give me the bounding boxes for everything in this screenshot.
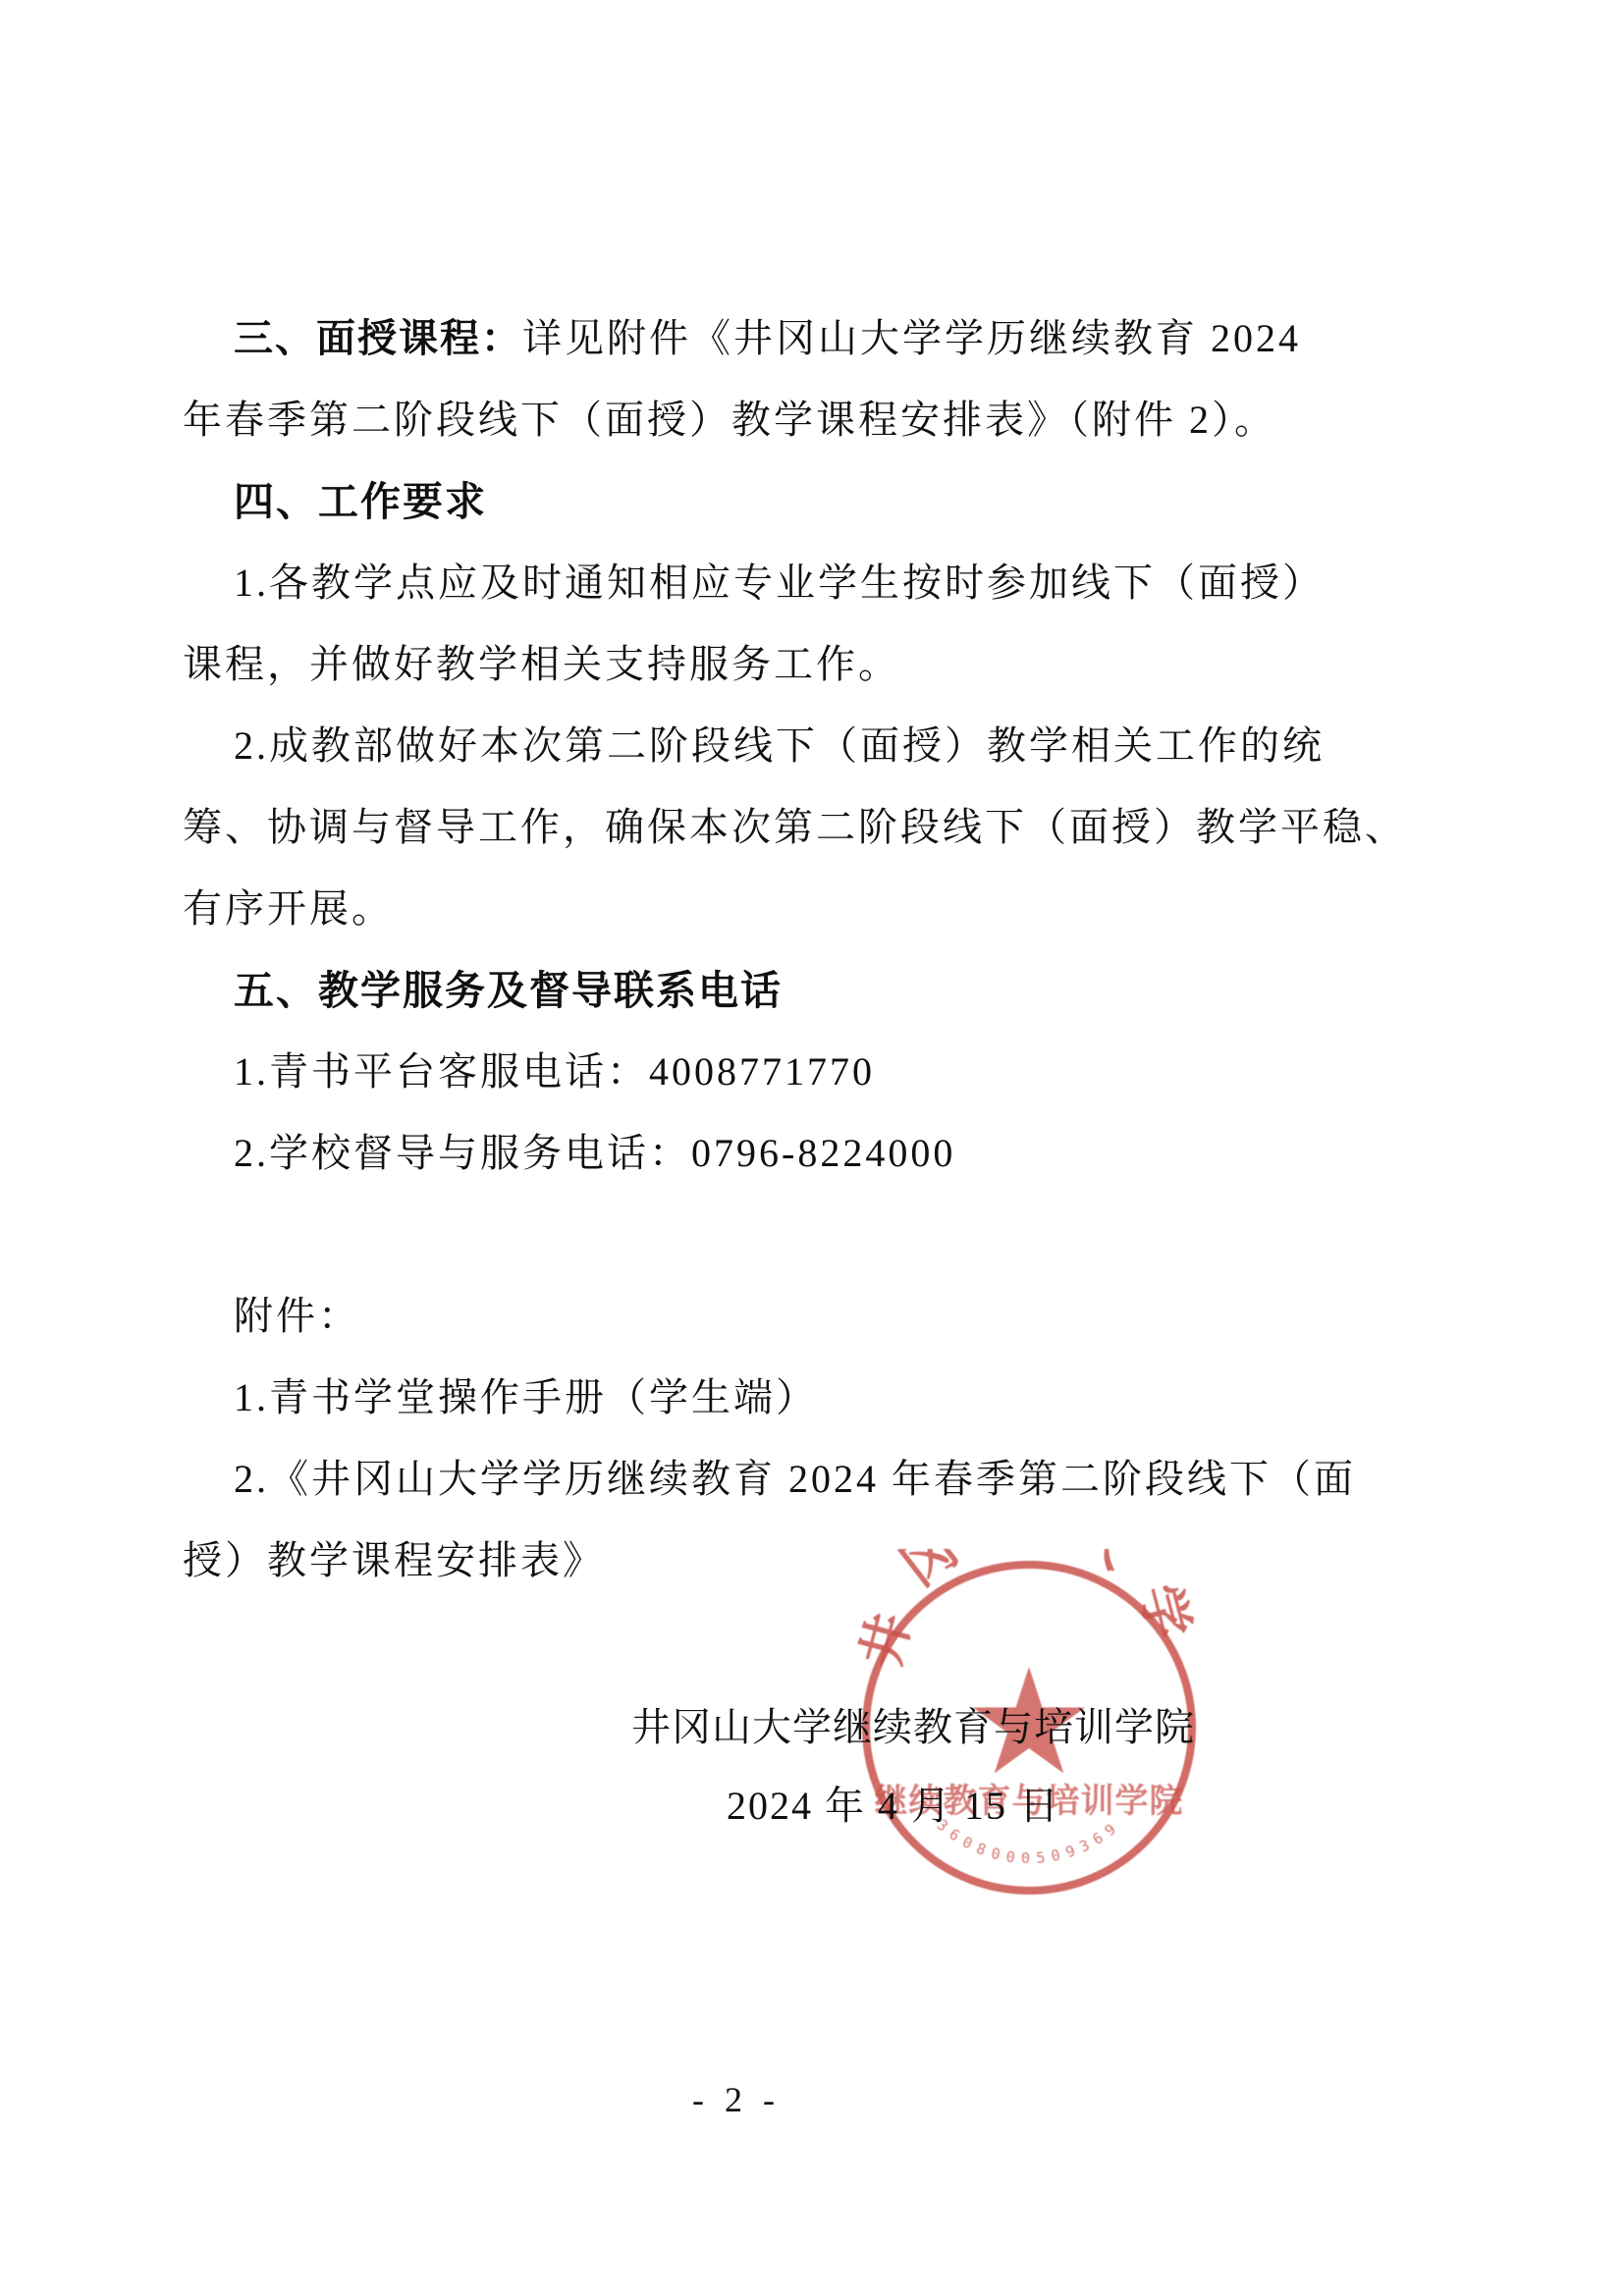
text-line: 2.《井冈山大学学历继续教育 2024 年春季第二阶段线下（面	[183, 1435, 1455, 1517]
text-line: 1.各教学点应及时通知相应专业学生按时参加线下（面授）	[183, 539, 1455, 620]
text-line: 附件：	[183, 1272, 1455, 1354]
signature-organization: 井冈山大学继续教育与培训学院	[631, 1696, 1195, 1752]
bold-text-run: 五、教学服务及督导联系电话	[234, 958, 783, 1016]
text-run: 1.青书平台客服电话：4008771770	[234, 1041, 875, 1096]
text-run: 筹、协调与督导工作，确保本次第二阶段线下（面授）教学平稳、	[183, 796, 1407, 852]
text-line: 2.成教部做好本次第二阶段线下（面授）教学相关工作的统	[183, 702, 1455, 783]
text-run: 2.成教部做好本次第二阶段线下（面授）教学相关工作的统	[234, 715, 1325, 771]
text-line: 有序开展。	[183, 865, 1455, 946]
text-run: 详见附件《井冈山大学学历继续教育 2024	[522, 307, 1301, 363]
text-line: 三、面授课程：详见附件《井冈山大学学历继续教育 2024	[183, 294, 1455, 376]
bold-text-run: 三、面授课程：	[234, 307, 522, 363]
document-page: 三、面授课程：详见附件《井冈山大学学历继续教育 2024年春季第二阶段线下（面授…	[0, 0, 1624, 2296]
page-number: - 2 -	[638, 2079, 835, 2120]
blank-line	[183, 1191, 1455, 1272]
text-line: 1.青书学堂操作手册（学生端）	[183, 1354, 1455, 1435]
text-run: 1.青书学堂操作手册（学生端）	[234, 1366, 818, 1422]
text-run: 附件：	[234, 1285, 360, 1341]
text-run: 年春季第二阶段线下（面授）教学课程安排表》（附件 2）。	[183, 389, 1276, 445]
text-run: 有序开展。	[183, 878, 394, 934]
text-line: 年春季第二阶段线下（面授）教学课程安排表》（附件 2）。	[183, 376, 1455, 457]
section-heading: 五、教学服务及督导联系电话	[183, 946, 1455, 1028]
text-run: 2.《井冈山大学学历继续教育 2024 年春季第二阶段线下（面	[234, 1448, 1356, 1504]
document-body: 三、面授课程：详见附件《井冈山大学学历继续教育 2024年春季第二阶段线下（面授…	[183, 294, 1455, 1598]
text-run: 1.各教学点应及时通知相应专业学生按时参加线下（面授）	[234, 552, 1325, 608]
text-run: 2.学校督导与服务电话：0796-8224000	[234, 1122, 955, 1178]
text-line: 1.青书平台客服电话：4008771770	[183, 1028, 1455, 1109]
text-line: 2.学校督导与服务电话：0796-8224000	[183, 1109, 1455, 1191]
text-line: 课程，并做好教学相关支持服务工作。	[183, 620, 1455, 702]
text-run: 课程，并做好教学相关支持服务工作。	[183, 633, 900, 689]
text-line: 授）教学课程安排表》	[183, 1517, 1455, 1598]
text-line: 筹、协调与督导工作，确保本次第二阶段线下（面授）教学平稳、	[183, 783, 1455, 865]
section-heading: 四、工作要求	[183, 457, 1455, 539]
text-run: 授）教学课程安排表》	[183, 1529, 605, 1585]
bold-text-run: 四、工作要求	[234, 469, 487, 527]
signature-date: 2024 年 4 月 15 日	[727, 1775, 1060, 1831]
